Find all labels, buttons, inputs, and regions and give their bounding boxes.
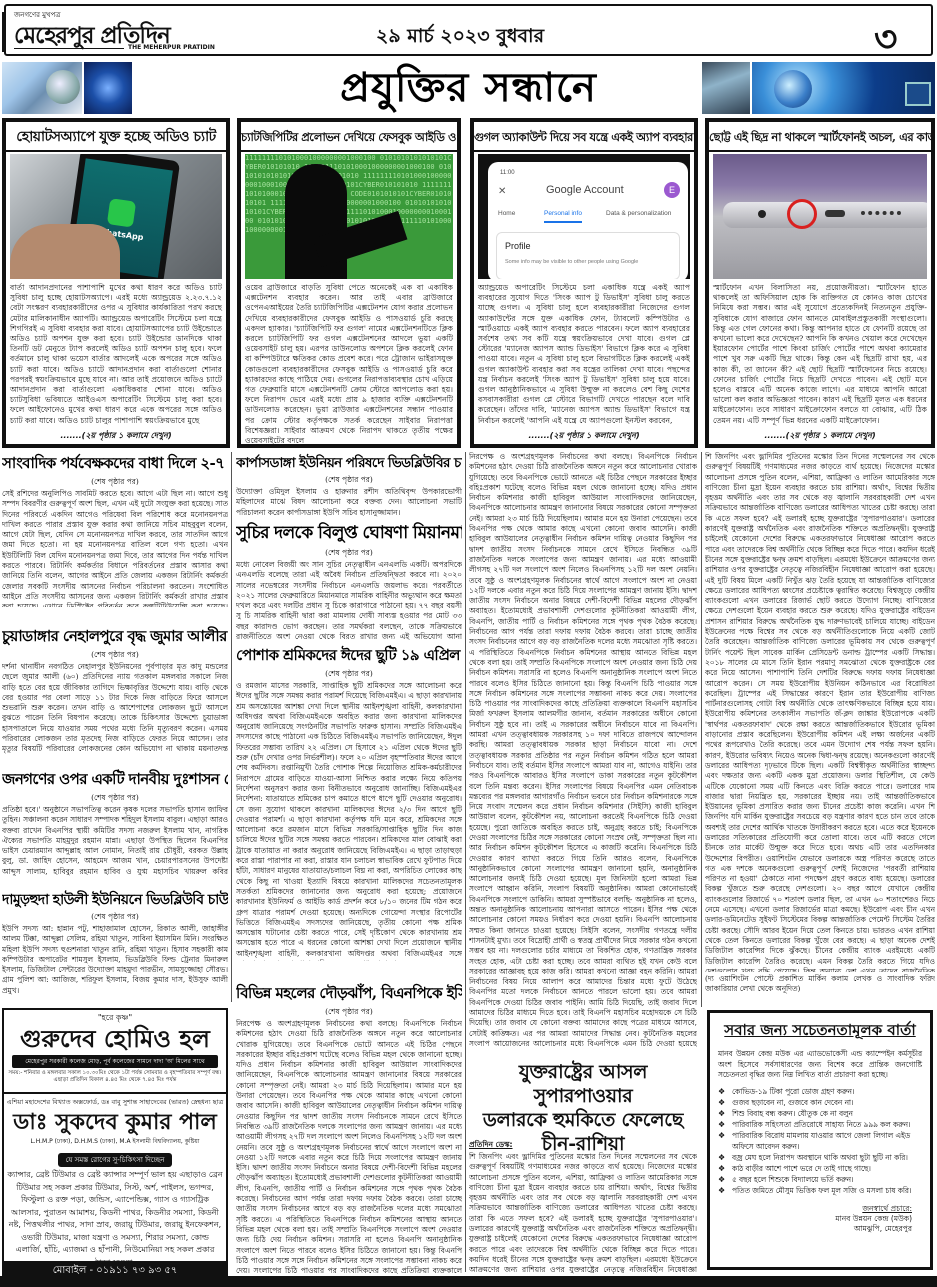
story-headline[interactable]: চ্যাটজিপিটির প্রলোভন দেখিয়ে ফেসবুক আইডি… <box>241 122 457 152</box>
article-karpasdanga: কার্পাসডাঙ্গা ইউনিয়ন পরিষদে ভিডব্লিউবির… <box>236 452 462 519</box>
article-continued-from: (শেষ পৃষ্ঠার পর) <box>236 1007 462 1019</box>
continued-link[interactable]: .......(২য় পৃষ্ঠার ১ কলামে দেখুন) <box>474 430 694 443</box>
story-card-whatsapp[interactable]: হোয়াটসঅ্যাপে যুক্ত হচ্ছে অডিও চ্যাট Wha… <box>2 118 230 448</box>
awareness-list: কোভিড-১৯ টিকা পুরো ডোজ গ্রহণ করুন। গুজব … <box>718 1086 922 1196</box>
article-dollar-continued: শি জিনপিং এবং ভ্লাদিমির পুতিনের মস্কোর ত… <box>705 452 935 972</box>
article-continued-from: (শেষ পৃষ্ঠার পর) <box>2 650 228 662</box>
globe-laptop-image <box>752 62 935 114</box>
status-time: 11:00 <box>500 170 515 176</box>
awareness-item: ৫ বছর হলে শিশুকে বিদ্যালয়ে ভর্তি করুন। <box>718 1174 922 1185</box>
profile-card-text: Some info may be visible to other people… <box>505 259 638 265</box>
article-headline[interactable]: চুয়াডাঙ্গার নেহালপুরে বৃদ্ধ জুমার আলীর … <box>2 625 228 650</box>
story-body: বার্তা আদানপ্রদানের পাশাপাশি মুখের কথা ধ… <box>6 281 226 428</box>
awareness-intro: মানব উন্নয়ন কেন্দ্র মউক এর এ্যাডভোকেসী … <box>718 1049 922 1081</box>
article-dollar-body: প্রতিদিন ডেস্ক: শি জিনপিং এবং ভ্লাদিমির … <box>469 1140 697 1274</box>
ad-credentials: L.H.M.P (ঢাকা), D.H.M.S (ঢাকা), M.A ইসলা… <box>4 1136 226 1147</box>
article-headline-line1[interactable]: যুক্তরাষ্ট্রের আসল সুপারপাওয়ার <box>469 1060 697 1108</box>
section-title: প্রযুক্তির সন্ধানে <box>236 60 701 116</box>
article-ec-letter-headline-block: বিভিন্ন মহলের দৌড়ঝাঁপ, বিএনপিকে ইসির চি… <box>236 982 462 1281</box>
close-icon[interactable]: ✕ <box>498 186 506 197</box>
homeo-hall-advertisement[interactable]: "হরে কৃষ্ণ" গুরুদেব হোমিও হল মেহেরপুর সর… <box>2 1008 228 1283</box>
story-card-phone-hole[interactable]: ছোট্ট এই ছিদ্র না থাকলে স্মার্টফোনই অচল,… <box>705 118 935 448</box>
awareness-item: কোভিড-১৯ টিকা পুরো ডোজ গ্রহণ করুন। <box>718 1086 922 1097</box>
article-source-note: (দ্য ওয়াশিংটন পোস্টে প্রকাশিত মার্কিন ক… <box>705 974 935 996</box>
article-body-continued-text: নিরপেক্ষ ও অংশগ্রহণমূলক নির্বাচনের কথা ব… <box>469 452 697 1047</box>
story-headline[interactable]: হোয়াটসঅ্যাপে যুক্ত হচ্ছে অডিও চ্যাট <box>6 122 226 152</box>
article-headline[interactable]: কার্পাসডাঙ্গা ইউনিয়ন পরিষদে ভিডব্লিউবির… <box>236 452 462 475</box>
article-body: সেই রশিদের অনুলিপিও সাবমিট করতে হবে। আগে… <box>2 489 228 607</box>
avatar[interactable]: E <box>664 182 680 198</box>
awareness-message-box: সবার জন্য সচেতনতামূলক বার্তা মানব উন্নয়… <box>707 1010 933 1270</box>
tab-personal-info[interactable]: Personal info <box>544 210 582 223</box>
sign-place: আমঝুপি, মেহেরপুর <box>718 1224 912 1234</box>
awareness-signature: জনস্বার্থে প্রচারে: মানব উন্নয়ন কেন্দ্র… <box>718 1204 922 1234</box>
article-headline[interactable]: বিভিন্ন মহলের দৌড়ঝাঁপ, বিএনপিকে ইসির চি… <box>236 982 462 1007</box>
continued-link[interactable]: .......(২য় পৃষ্ঠার ১ কলামে দেখুন) <box>709 430 931 443</box>
article-headline[interactable]: পোশাক শ্রমিকদের ঈদের ছুটি ১৯ এপ্রিল থেকে… <box>236 644 462 669</box>
article-body: উদ্যোক্তা ওমিদুল ইসলাম ও হারুনার রশীদ অত… <box>236 487 462 519</box>
article-body: ইউপি সদস্য আ: হান্নান পটু, শাহাজামাল হোস… <box>2 924 228 996</box>
story-card-chatgpt[interactable]: চ্যাটজিপিটির প্রলোভন দেখিয়ে ফেসবুক আইডি… <box>237 118 461 448</box>
awareness-item: পারিবারিক বিরোধ মামলায় যাওয়ার আগে জেলা… <box>718 1130 922 1152</box>
tab-data-personalization[interactable]: Data & personalization <box>606 210 671 217</box>
article-continued-from: (শেষ পৃষ্ঠার পর) <box>2 793 228 805</box>
ad-business-name: গুরুদেব হোমিও হল <box>4 1025 226 1053</box>
continued-link[interactable]: .......(২য় পৃষ্ঠার ১ কলামে দেখুন) <box>6 430 226 443</box>
article-continued-from: (শেষ পৃষ্ঠার পর) <box>2 912 228 924</box>
column-divider <box>465 452 466 1272</box>
tech-collage-image <box>702 62 750 114</box>
awareness-item: বজ্র মেঘ হলে নিরাপদ অবস্থানে থাকি অথবা ছ… <box>718 1152 922 1163</box>
article-body: ও রমজান মাসের সরকারি, সাপ্তাহিক ছুটি শ্র… <box>236 681 462 961</box>
article-body: দর্শনা থানাধীন নবগঠিত নেহালপুর ইউনিয়নের… <box>2 662 228 754</box>
ad-treatment-list: ক্যান্সার, ব্রেষ্ট টিউমার ও ব্রেষ্ট ক্যা… <box>4 1169 226 1269</box>
network-hand-image <box>84 62 132 114</box>
article-headline[interactable]: সাংবাদিক পর্যবেক্ষকদের বাধা দিলে ২-৭ বছর… <box>2 452 228 477</box>
article-continued-from: (শেষ পৃষ্ঠার পর) <box>2 477 228 489</box>
article-body: প্রতিষ্ঠা হবে।' অনুষ্ঠানে সভাপতিত্ব করেন… <box>2 805 228 877</box>
logo-underline <box>14 48 124 49</box>
awareness-item: পতিত জমিতে মৌসুম ভিত্তিক ফল মূল সজি ও মস… <box>718 1185 922 1196</box>
article-chuadanga: চুয়াডাঙ্গার নেহালপুরে বৃদ্ধ জুমার আলীর … <box>2 625 228 754</box>
profile-card-title: Profile <box>505 241 531 251</box>
story-headline[interactable]: গুগল অ্যাকাউন্ট দিয়ে সব যন্ত্রে একই অ্য… <box>474 122 694 152</box>
page-footer-bar <box>0 1276 937 1287</box>
whatsapp-phone-photo: WhatsApp <box>10 154 222 279</box>
issue-date: ২৯ মার্চ ২০২৩ বুধবার <box>376 22 544 54</box>
sign-label: জনস্বার্থে প্রচারে: <box>718 1204 912 1214</box>
article-continued-from: (শেষ পৃষ্ঠার পর) <box>236 669 462 681</box>
article-continued-from: (শেষ পৃষ্ঠার পর) <box>236 548 462 560</box>
article-suu-kyi: সুচির দলকে বিলুপ্ত ঘোষণা মিয়ানমার জান্ত… <box>236 520 462 642</box>
article-continued-from: (শেষ পৃষ্ঠার পর) <box>236 475 462 487</box>
masthead: জনগণের মুখপত্র মেহেরপুর প্রতিদিন THE MEH… <box>4 4 933 56</box>
story-body: স্মার্টফোন এখন বিলাসিতা নয়, প্রয়োজনীয়… <box>709 281 931 428</box>
ad-specialty-label: যে সমস্ত রোগের সু-চিকিৎসা দিচ্ছেন <box>58 1153 173 1167</box>
article-journalist-jail: সাংবাদিক পর্যবেক্ষকদের বাধা দিলে ২-৭ বছর… <box>2 452 228 607</box>
sign-org: মানব উন্নয়ন কেন্দ্র (মউক) <box>718 1214 912 1224</box>
article-public-misrule: জনগণের ওপর একটি দানবীয় দুঃশাসন চেপে বসে… <box>2 768 228 877</box>
google-account-title: Google Account <box>546 184 624 196</box>
article-garment-eid: পোশাক শ্রমিকদের ঈদের ছুটি ১৯ এপ্রিল থেকে… <box>236 644 462 961</box>
hacker-binary-photo: 1111111101010001000000001000100 01010101… <box>245 154 453 279</box>
ad-hours: সময়:- শনিবার ও মঙ্গলবার সকাল ১০.৩০মিঃ থ… <box>4 1070 226 1084</box>
phone-microphone-hole-photo <box>713 154 927 279</box>
ad-address: মেহেরপুর সরকারী কলেজ মোড়, পূর্ব কলেজের … <box>12 1055 218 1068</box>
tab-home[interactable]: Home <box>498 210 515 217</box>
awareness-item: কাঠ বাড়ীর আশে পাশে ভরে দে তাই গাছে গাছে… <box>718 1163 922 1174</box>
ad-honor: এশিয়া মহাদেশের বিখ্যাত অক্সফোর্ড, ডঃ বা… <box>4 1097 226 1108</box>
article-byline: প্রতিদিন ডেস্ক: <box>469 1140 697 1152</box>
google-account-screenshot: 11:00 ✕ Google Account E Home Personal i… <box>478 154 690 279</box>
article-damurhuda: দামুড়হুদা হাউলী ইউনিয়নে ভিডব্লিউবি চাউ… <box>2 888 228 996</box>
newspaper-name-english: THE MEHERPUR PRATIDIN <box>128 44 215 51</box>
column-divider <box>231 452 232 1002</box>
story-body: ওয়েব ব্রাউজারে বাড়তি সুবিধা পেতে অনেকে… <box>241 281 457 448</box>
awareness-title: সবার জন্য সচেতনতামূলক বার্তা <box>718 1019 922 1044</box>
article-body: মধ্যে নোবেল বিজয়ী অং সান সুচির নেতৃত্বা… <box>236 560 462 642</box>
column-divider <box>701 452 702 1007</box>
article-body: শি জিনপিং এবং ভ্লাদিমির পুতিনের মস্কোর ত… <box>469 1152 697 1274</box>
article-headline[interactable]: জনগণের ওপর একটি দানবীয় দুঃশাসন চেপে বসে… <box>2 768 228 793</box>
story-card-google[interactable]: গুগল অ্যাকাউন্ট দিয়ে সব যন্ত্রে একই অ্য… <box>470 118 698 448</box>
story-headline[interactable]: ছোট্ট এই ছিদ্র না থাকলে স্মার্টফোনই অচল,… <box>709 122 931 152</box>
awareness-item: পারিবারিক সহিংসতা প্রতিরোধে সাহায্য নিতে… <box>718 1119 922 1130</box>
article-headline[interactable]: সুচির দলকে বিলুপ্ত ঘোষণা মিয়ানমার জান্ত… <box>236 520 462 548</box>
highlight-circle-icon <box>787 199 817 229</box>
globe-city-image <box>2 62 82 114</box>
awareness-item: শিশু বিবাহ বন্ধ করুন। যৌতুক কে না বলুন <box>718 1108 922 1119</box>
article-headline[interactable]: দামুড়হুদা হাউলী ইউনিয়নে ভিডব্লিউবি চাউ… <box>2 888 228 912</box>
awareness-item: গুজব ছড়াবেন না, গুজবে কান দেবেন না। <box>718 1097 922 1108</box>
ad-doctor-name: ডাঃ সুকদেব কুমার পাল <box>4 1108 226 1136</box>
story-body: অ্যান্ড্রয়েড অপারেটিং সিস্টেমে চলা একাধ… <box>474 281 694 428</box>
article-body: নিরপেক্ষ ও অংশগ্রহণমূলক নির্বাচনের কথা ব… <box>236 1019 462 1281</box>
